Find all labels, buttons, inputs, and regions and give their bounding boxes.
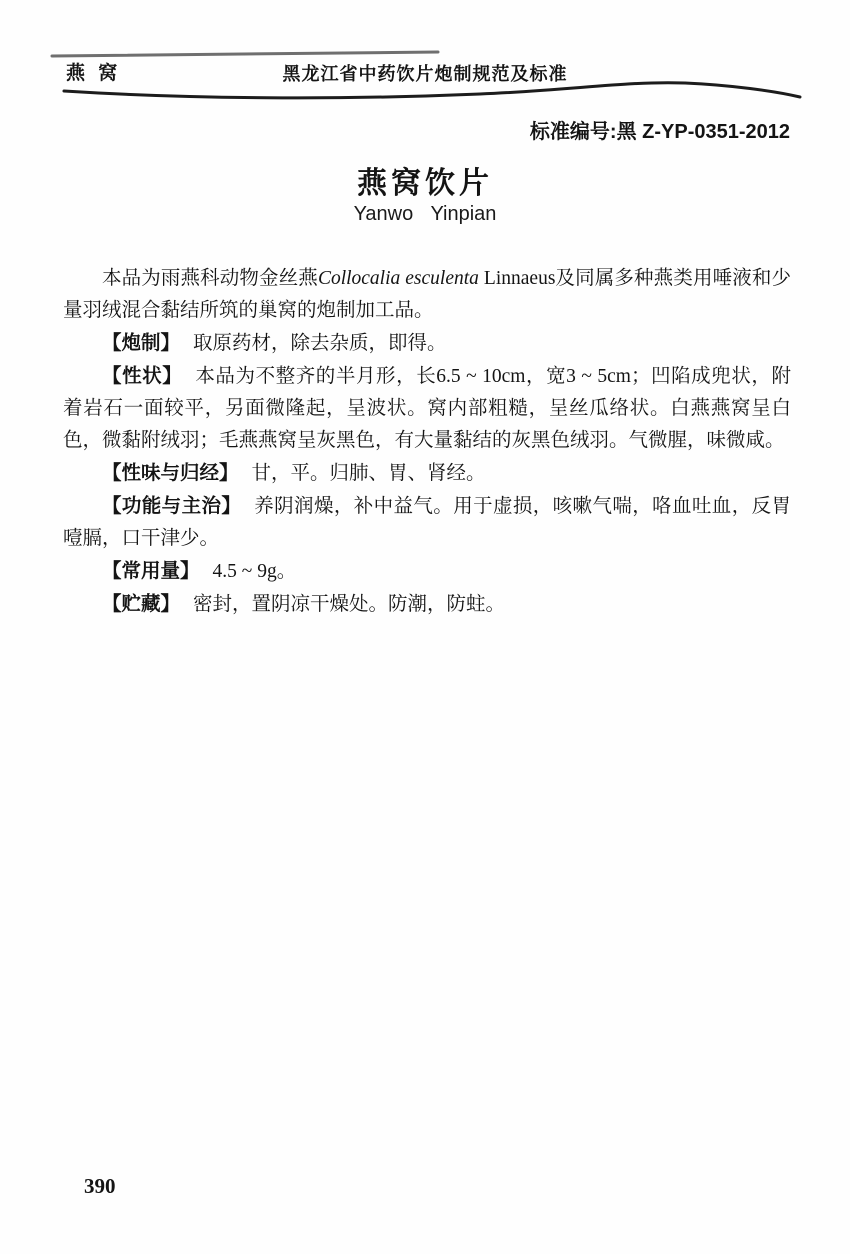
document-page: 燕 窝 黑龙江省中药饮片炮制规范及标准 标准编号:黑 Z-YP-0351-201…: [0, 0, 850, 1254]
section-changyongliang: 【常用量】4.5 ~ 9g。: [63, 555, 791, 588]
latin-species-name: Collocalia esculenta: [318, 268, 479, 289]
latin-author-name: Linnaeus: [479, 268, 555, 289]
section-text: 密封，置阴凉干燥处。防潮，防蛀。: [193, 594, 505, 615]
document-body: 本品为雨燕科动物金丝燕Collocalia esculenta Linnaeus…: [63, 263, 791, 621]
intro-paragraph: 本品为雨燕科动物金丝燕Collocalia esculenta Linnaeus…: [63, 263, 791, 327]
pinyin-subtitle: Yanwo Yinpian: [0, 203, 850, 226]
section-gongneng-zhuzhi: 【功能与主治】养阴润燥，补中益气。用于虚损，咳嗽气喘，咯血吐血，反胃噎膈，口干津…: [63, 490, 791, 555]
section-xingzhuang: 【性状】本品为不整齐的半月形，长6.5 ~ 10cm，宽3 ~ 5cm；凹陷成兜…: [63, 360, 791, 457]
section-paozhi: 【炮制】取原药材，除去杂质，即得。: [63, 327, 791, 360]
section-text: 取原药材，除去杂质，即得。: [193, 333, 447, 354]
section-label: 【常用量】: [102, 560, 200, 582]
section-zhucang: 【贮藏】密封，置阴凉干燥处。防潮，防蛀。: [63, 588, 791, 621]
page-number: 390: [84, 1174, 116, 1199]
section-label: 【功能与主治】: [102, 495, 241, 517]
section-label: 【贮藏】: [102, 593, 180, 615]
running-head-book-title: 黑龙江省中药饮片炮制规范及标准: [0, 60, 850, 86]
section-label: 【性状】: [102, 365, 182, 387]
standard-number: 标准编号:黑 Z-YP-0351-2012: [530, 115, 790, 144]
section-label: 【性味与归经】: [102, 462, 239, 484]
section-text: 甘，平。归肺、胃、肾经。: [252, 463, 486, 484]
section-label: 【炮制】: [102, 332, 180, 354]
intro-text-pre: 本品为雨燕科动物金丝燕: [102, 268, 318, 289]
section-text: 4.5 ~ 9g。: [213, 561, 297, 582]
section-xingwei-guijing: 【性味与归经】甘，平。归肺、胃、肾经。: [63, 457, 791, 490]
page-title: 燕窝饮片: [0, 158, 850, 202]
